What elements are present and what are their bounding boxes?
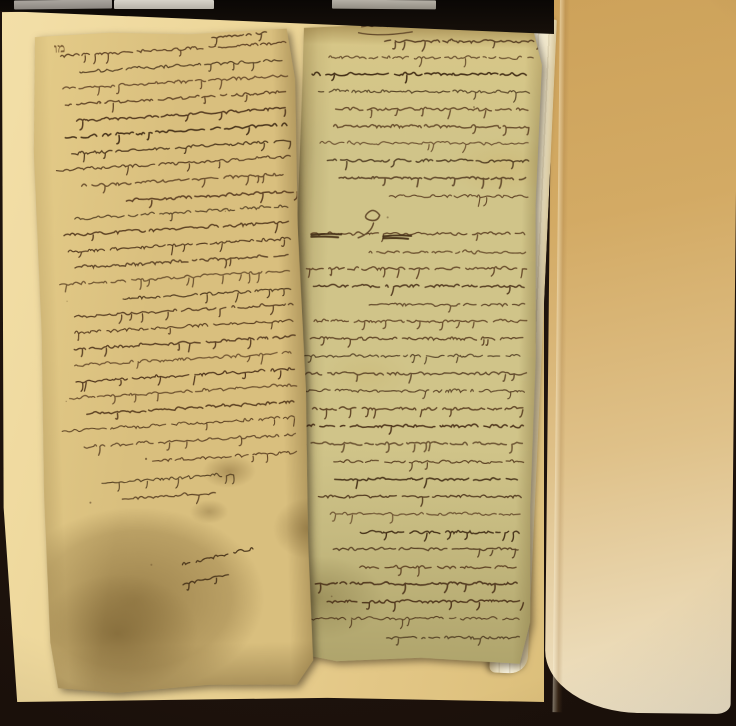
ink-stroke (386, 634, 519, 648)
ink-stroke (385, 37, 539, 53)
ink-stroke (74, 303, 293, 325)
ink-stroke (318, 86, 529, 102)
ink-stroke (303, 438, 522, 456)
ink-stroke (126, 191, 297, 209)
ink-stroke (152, 451, 296, 466)
ink-stroke (312, 402, 523, 422)
ink-stroke (64, 221, 289, 241)
ink-speck (387, 216, 389, 218)
background-object (332, 0, 436, 9)
ink-stroke (74, 351, 291, 370)
ink-stroke (314, 315, 527, 332)
ink-stroke (303, 350, 520, 367)
ink-stroke (68, 237, 291, 258)
ink-stroke (60, 41, 286, 64)
ink-speck (66, 401, 67, 402)
ink-stroke (102, 473, 235, 492)
ink-stroke (87, 401, 295, 420)
book-right-page (545, 0, 736, 714)
ink-stroke (80, 59, 283, 76)
ink-stroke (183, 575, 229, 591)
ink-stroke (306, 262, 526, 282)
ink-speck (89, 502, 91, 504)
ink-stroke (318, 491, 521, 508)
handwriting-left (30, 27, 316, 695)
ink-stroke (56, 155, 290, 177)
ink-speck (145, 458, 147, 460)
ink-stroke (69, 384, 297, 406)
ink-stroke (339, 174, 526, 189)
ink-stroke (334, 456, 524, 473)
ink-stroke (305, 613, 519, 631)
manuscript-right-leaf (288, 22, 542, 667)
ink-stroke (76, 368, 295, 392)
ink-stroke (360, 563, 517, 578)
ink-stroke (75, 254, 289, 272)
ink-speck (473, 106, 475, 108)
page-crease (553, 0, 570, 712)
manuscript-right-leaf-paper (288, 22, 542, 667)
ink-stroke (311, 228, 525, 245)
ink-stroke (369, 300, 525, 313)
ink-stroke (310, 333, 523, 351)
ink-stroke (329, 52, 534, 69)
ink-stroke (369, 248, 525, 256)
manuscript-left-leaf-paper: מו (30, 27, 316, 695)
ink-stroke (333, 544, 518, 558)
ink-stroke (62, 416, 295, 435)
manuscript-left-leaf: מו (30, 27, 316, 695)
page-number: מו (54, 40, 66, 57)
ink-stroke (383, 235, 411, 239)
ink-stroke (327, 156, 529, 174)
ink-stroke (320, 138, 528, 153)
ink-stroke (72, 140, 291, 162)
background-object (114, 0, 214, 9)
ink-stroke (335, 104, 528, 121)
ink-stroke (303, 368, 527, 386)
photo-of-manuscript: מו (0, 0, 736, 726)
ink-stroke (212, 32, 267, 46)
ink-speck (331, 595, 333, 597)
ink-speck (225, 211, 226, 212)
ink-stroke (302, 386, 525, 401)
ink-stroke (75, 205, 289, 224)
ink-stroke (81, 173, 283, 193)
ink-stroke (327, 597, 523, 614)
ink-stroke (122, 492, 215, 506)
ink-stroke (182, 548, 257, 565)
ink-stroke (315, 578, 517, 597)
ink-stroke (389, 192, 528, 207)
ink-stroke (311, 233, 341, 237)
ink-stroke (334, 122, 529, 136)
ink-stroke (358, 31, 412, 36)
ink-speck (150, 564, 152, 566)
ink-stroke (312, 69, 526, 86)
ink-stroke (63, 75, 288, 96)
ink-stroke (335, 475, 518, 492)
handwriting-right (288, 22, 542, 667)
ink-speck (66, 301, 67, 302)
ink-stroke (84, 433, 296, 455)
ink-stroke (123, 288, 291, 305)
ink-stroke (307, 421, 524, 437)
ink-stroke (313, 281, 524, 298)
ink-stroke (330, 509, 520, 527)
ink-stroke (360, 528, 519, 543)
background-object (14, 0, 112, 10)
ink-stroke (60, 270, 290, 292)
